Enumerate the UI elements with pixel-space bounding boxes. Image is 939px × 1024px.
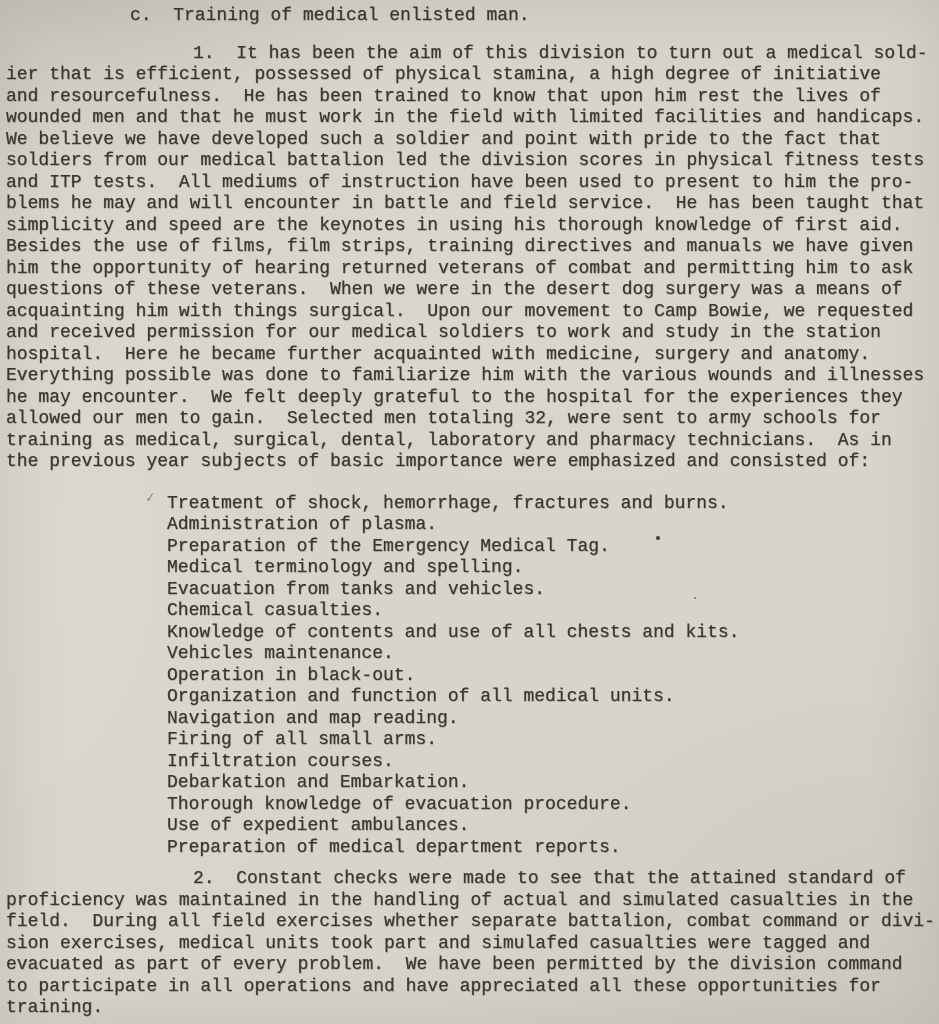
text-line: blems he may and will encounter in battl…: [6, 194, 939, 216]
text-line: field. During all field exercises whethe…: [6, 912, 939, 934]
text-line: evacuated as part of every problem. We h…: [6, 955, 939, 977]
text-line: soldiers from our medical battalion led …: [6, 151, 939, 173]
text-line: Medical terminology and spelling.: [167, 558, 939, 580]
text-line: 1. It has been the aim of this division …: [6, 44, 939, 66]
text-line: him the opportunity of hearing returned …: [6, 259, 939, 281]
text-line: the previous year subjects of basic impo…: [6, 452, 939, 474]
text-line: proficiency was maintained in the handli…: [6, 891, 939, 913]
text-line: Treatment of shock, hemorrhage, fracture…: [167, 494, 939, 516]
text-line: Administration of plasma.: [167, 515, 939, 537]
text-line: Debarkation and Embarkation.: [167, 773, 939, 795]
text-line: questions of these veterans. When we wer…: [6, 280, 939, 302]
text-line: Everything possible was done to familiar…: [6, 366, 939, 388]
text-line: sion exercises, medical units took part …: [6, 934, 939, 956]
paragraph-2: 2. Constant checks were made to see that…: [6, 869, 939, 1020]
text-line: 2. Constant checks were made to see that…: [6, 869, 939, 891]
pencil-checkmark-annotation: ✓: [145, 487, 157, 510]
text-line: We believe we have developed such a sold…: [6, 130, 939, 152]
text-line: and resourcefulness. He has been trained…: [6, 87, 939, 109]
text-line: Chemical casualties.: [167, 601, 939, 623]
paragraph-1: 1. It has been the aim of this division …: [6, 44, 939, 474]
text-line: Besides the use of films, film strips, t…: [6, 237, 939, 259]
text-line: wounded men and that he must work in the…: [6, 108, 939, 130]
text-line: to participate in all operations and hav…: [6, 977, 939, 999]
text-line: allowed our men to gain. Selected men to…: [6, 409, 939, 431]
text-line: Operation in black-out.: [167, 666, 939, 688]
text-line: training.: [6, 998, 939, 1020]
text-line: and ITP tests. All mediums of instructio…: [6, 173, 939, 195]
document-page: c. Training of medical enlisted man. 1. …: [0, 0, 939, 1024]
text-line: hospital. Here he became further acquain…: [6, 345, 939, 367]
paper-speck: [694, 597, 696, 599]
text-line: Preparation of the Emergency Medical Tag…: [167, 537, 939, 559]
text-line: ier that is efficient, possessed of phys…: [6, 65, 939, 87]
text-line: simplicity and speed are the keynotes in…: [6, 216, 939, 238]
text-line: Thorough knowledge of evacuation procedu…: [167, 795, 939, 817]
text-line: Preparation of medical department report…: [167, 838, 939, 860]
text-line: and received permission for our medical …: [6, 323, 939, 345]
text-line: he may encounter. We felt deeply gratefu…: [6, 388, 939, 410]
text-line: Knowledge of contents and use of all che…: [167, 623, 939, 645]
text-line: acquainting him with things surgical. Up…: [6, 302, 939, 324]
text-line: Organization and function of all medical…: [167, 687, 939, 709]
text-line: training as medical, surgical, dental, l…: [6, 431, 939, 453]
text-line: Use of expedient ambulances.: [167, 816, 939, 838]
text-line: Infiltration courses.: [167, 752, 939, 774]
paper-speck: [656, 536, 660, 540]
text-line: Navigation and map reading.: [167, 709, 939, 731]
text-line: Evacuation from tanks and vehicles.: [167, 580, 939, 602]
section-heading: c. Training of medical enlisted man.: [6, 6, 939, 28]
text-line: Vehicles maintenance.: [167, 644, 939, 666]
text-line: Firing of all small arms.: [167, 730, 939, 752]
training-subjects-list: Treatment of shock, hemorrhage, fracture…: [167, 494, 939, 860]
